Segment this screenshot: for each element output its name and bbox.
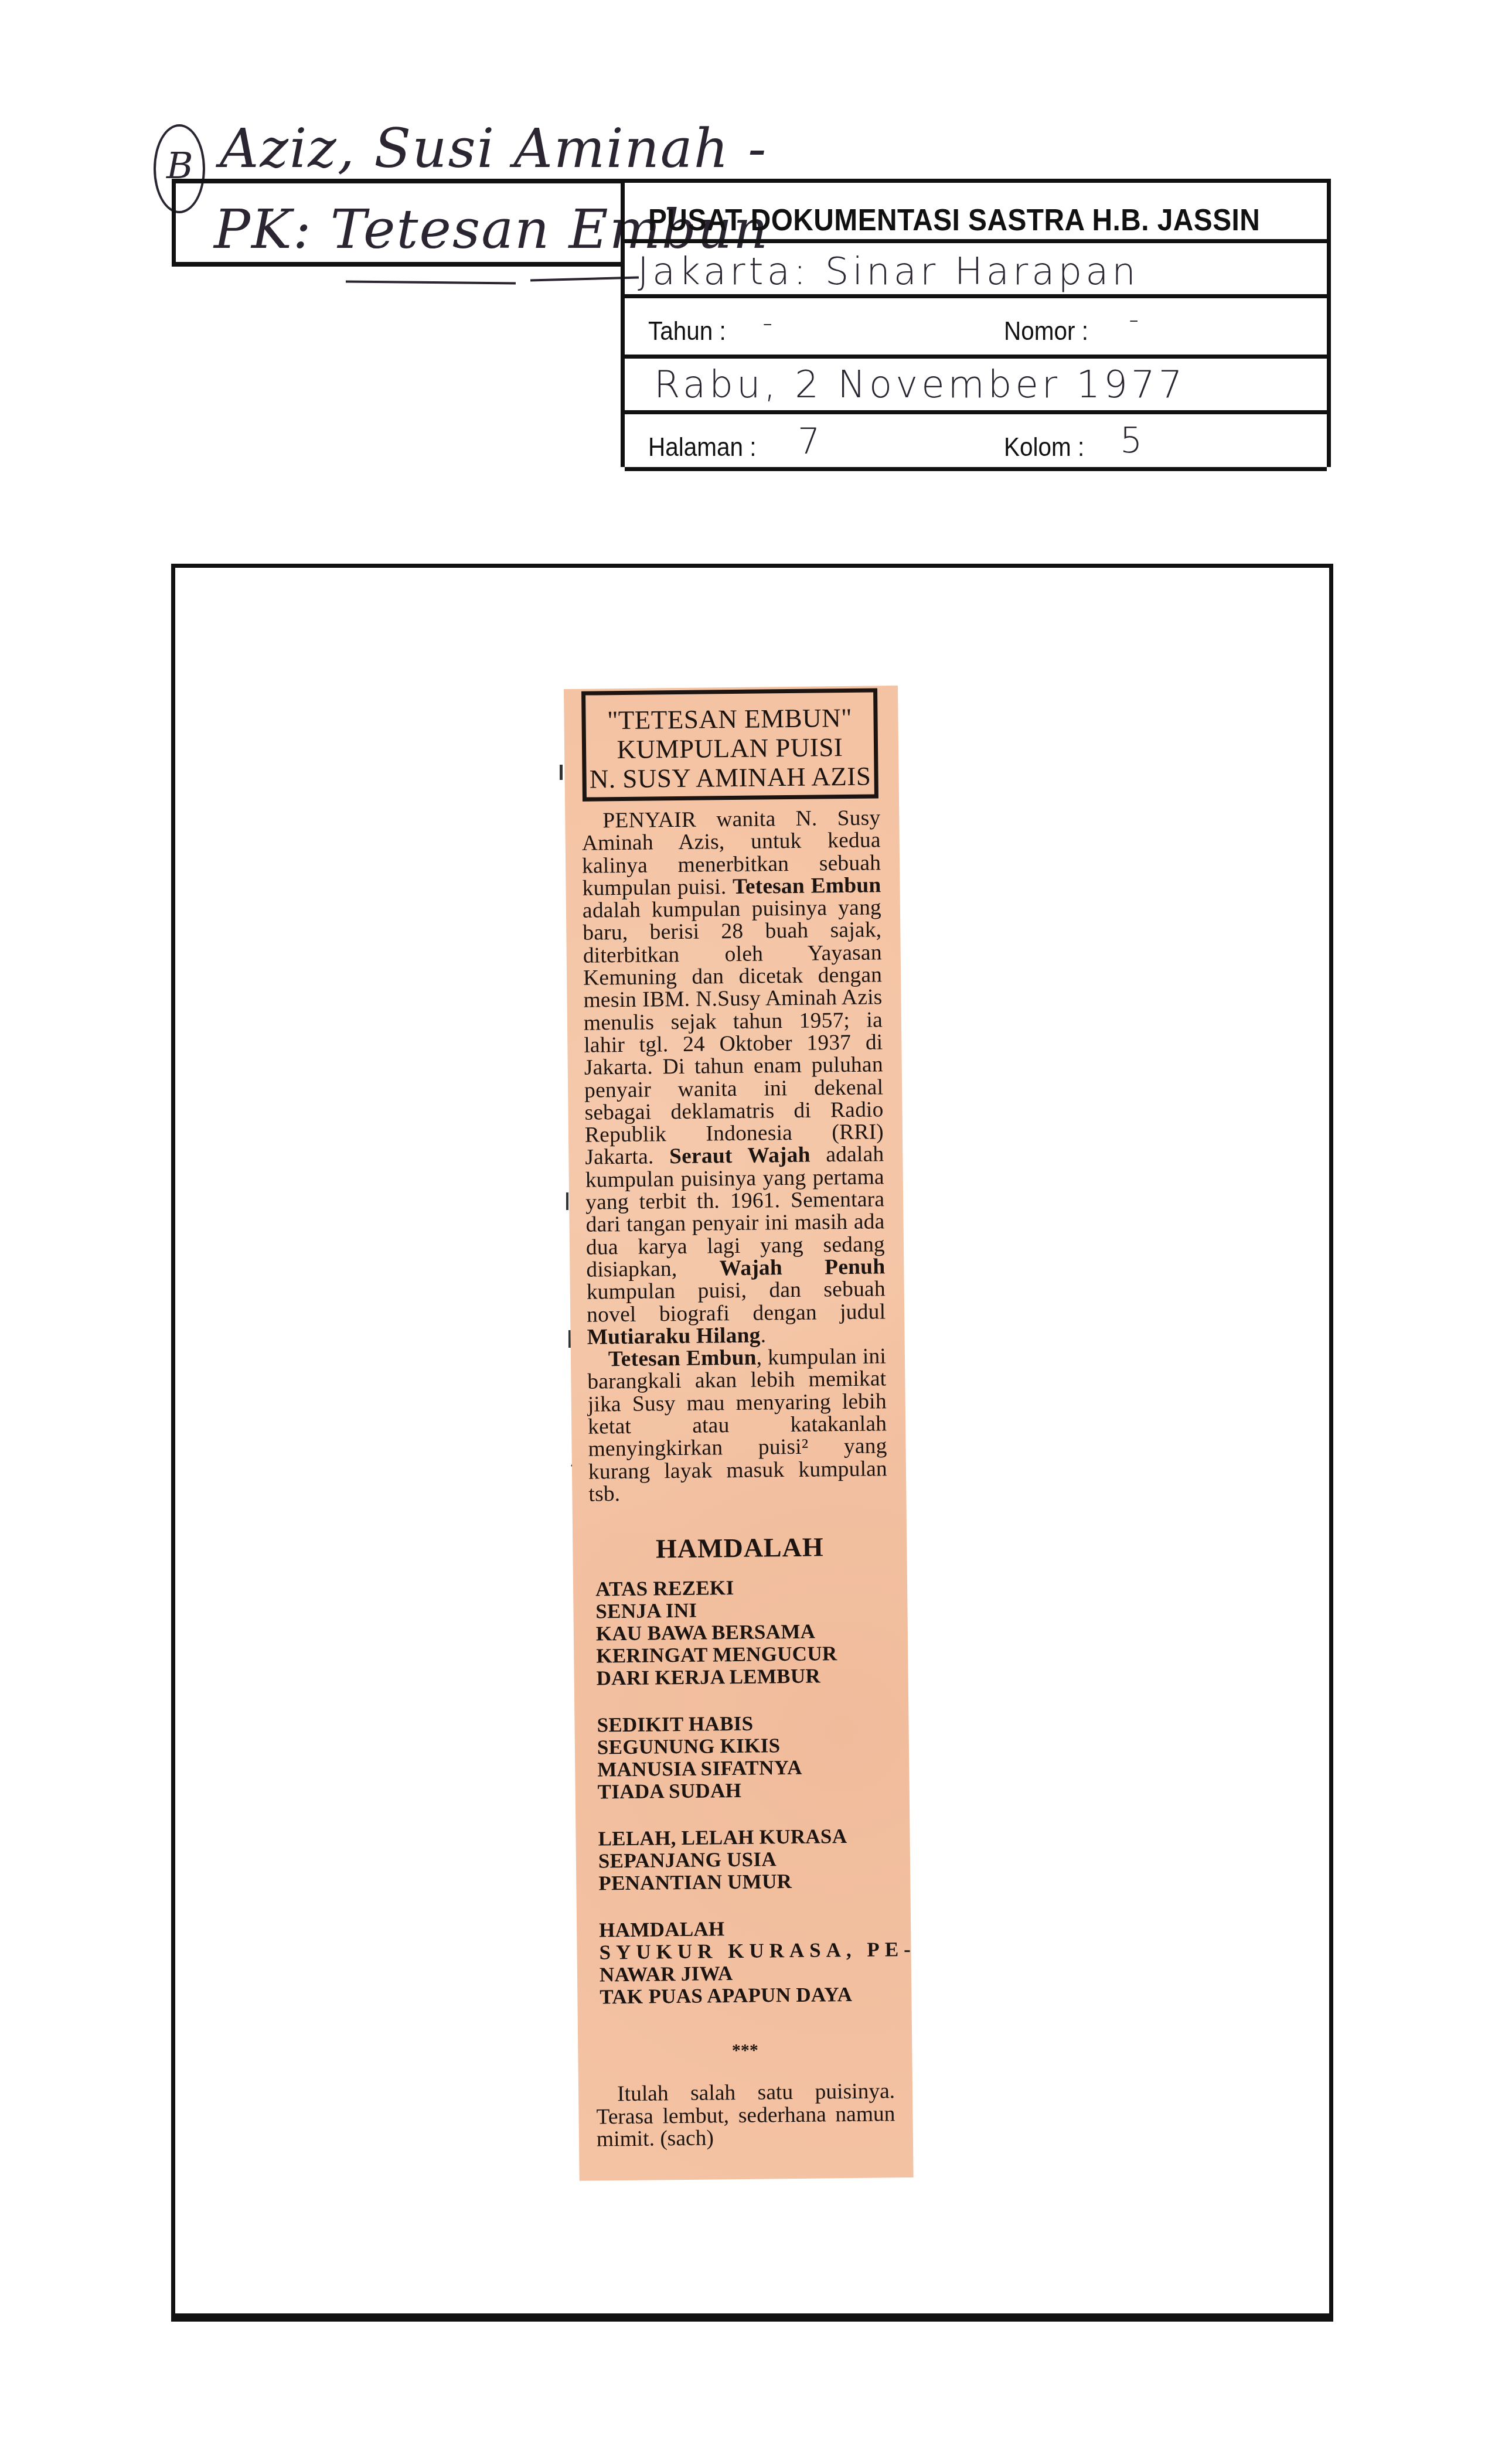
headline-line: N. SUSY AMINAH AZIS [586,761,874,793]
article-paragraph: Tetesan Embun, kumpulan ini barangkali a… [587,1345,888,1505]
tahun-value: - [762,306,776,339]
scan-mark [560,765,563,780]
poem-line: ATAS REZEKI [595,1575,900,1600]
tahun-label: Tahun : [648,317,726,346]
section-separator: *** [578,2039,912,2063]
poem-line: SEPANJANG USIA [598,1847,903,1872]
nomor-label: Nomor : [1004,317,1088,346]
poem-line: DARI KERJA LEMBUR [596,1664,901,1689]
kolom-label: Kolom : [1004,433,1084,462]
poem-stanza: ATAS REZEKI SENJA INI KAU BAWA BERSAMA K… [595,1575,901,1689]
poem-line: MANUSIA SIFATNYA [597,1756,902,1781]
kolom-value: 5 [1120,420,1146,461]
poem-line: TIADA SUDAH [598,1778,903,1803]
book-title: Seraut Wajah [669,1143,810,1169]
scan-mark [566,1192,568,1210]
poem-line: NAWAR JIWA [600,1961,904,1986]
poem-title: HAMDALAH [573,1531,907,1565]
article-body: PENYAIR wanita N. Susy Aminah Azis, untu… [581,807,887,1505]
handwritten-underline [346,280,516,284]
poem-line: LELAH, LELAH KURASA [598,1825,903,1850]
nomor-value: - [1129,303,1142,336]
institution-name: PUSAT DOKUMENTASI SASTRA H.B. JASSIN [648,203,1260,238]
poem-line: KERINGAT MENGUCUR [596,1642,901,1667]
book-title: Mutiaraku Hilang [587,1323,760,1349]
poem-line: SEDIKIT HABIS [597,1711,901,1736]
handwritten-date: Rabu, 2 November 1977 [654,363,1186,407]
book-title: Tetesan Embun [608,1346,757,1372]
header-title-row: PUSAT DOKUMENTASI SASTRA H.B. JASSIN [625,183,1327,243]
source-row: Jakarta: Sinar Harapan [625,243,1327,298]
headline-line: KUMPULAN PUISI [586,732,874,764]
book-title: Wajah Penuh [720,1255,886,1280]
tahun-nomor-row: Tahun : - Nomor : - [625,298,1327,359]
poem-line: KAU BAWA BERSAMA [596,1620,901,1645]
poem-stanza: HAMDALAH SYUKUR KURASA, PE- NAWAR JIWA T… [599,1916,905,2008]
poem-line: SEGUNUNG KIKIS [597,1733,902,1758]
book-title: Tetesan Embun [733,873,881,899]
poem-line: SENJA INI [595,1597,900,1623]
handwritten-author-name: Aziz, Susi Aminah - [220,117,767,180]
poem: ATAS REZEKI SENJA INI KAU BAWA BERSAMA K… [595,1575,905,2033]
halaman-kolom-row: Halaman : 7 Kolom : 5 [625,414,1327,471]
newspaper-clipping: "TETESAN EMBUN" KUMPULAN PUISI N. SUSY A… [564,686,914,2181]
poem-stanza: SEDIKIT HABIS SEGUNUNG KIKIS MANUSIA SIF… [597,1711,903,1803]
halaman-label: Halaman : [648,433,757,462]
date-row: Rabu, 2 November 1977 [625,359,1327,414]
article-paragraph: PENYAIR wanita N. Susy Aminah Azis, untu… [581,807,886,1348]
headline-line: "TETESAN EMBUN" [585,703,873,735]
handwritten-source: Jakarta: Sinar Harapan [638,250,1139,294]
closing-text: Itulah salah satu puisinya. Terasa lembu… [596,2080,895,2151]
poem-stanza: LELAH, LELAH KURASA SEPANJANG USIA PENAN… [598,1825,903,1894]
headline-box: "TETESAN EMBUN" KUMPULAN PUISI N. SUSY A… [581,688,878,801]
closing-paragraph: Itulah salah satu puisinya. Terasa lembu… [596,2080,895,2151]
poem-line: SYUKUR KURASA, PE- [599,1938,904,1964]
poem-line: PENANTIAN UMUR [598,1869,903,1894]
halaman-value: 7 [798,421,823,462]
documentation-header-table: PUSAT DOKUMENTASI SASTRA H.B. JASSIN Jak… [621,179,1331,467]
poem-line: TAK PUAS APAPUN DAYA [600,1983,904,2008]
